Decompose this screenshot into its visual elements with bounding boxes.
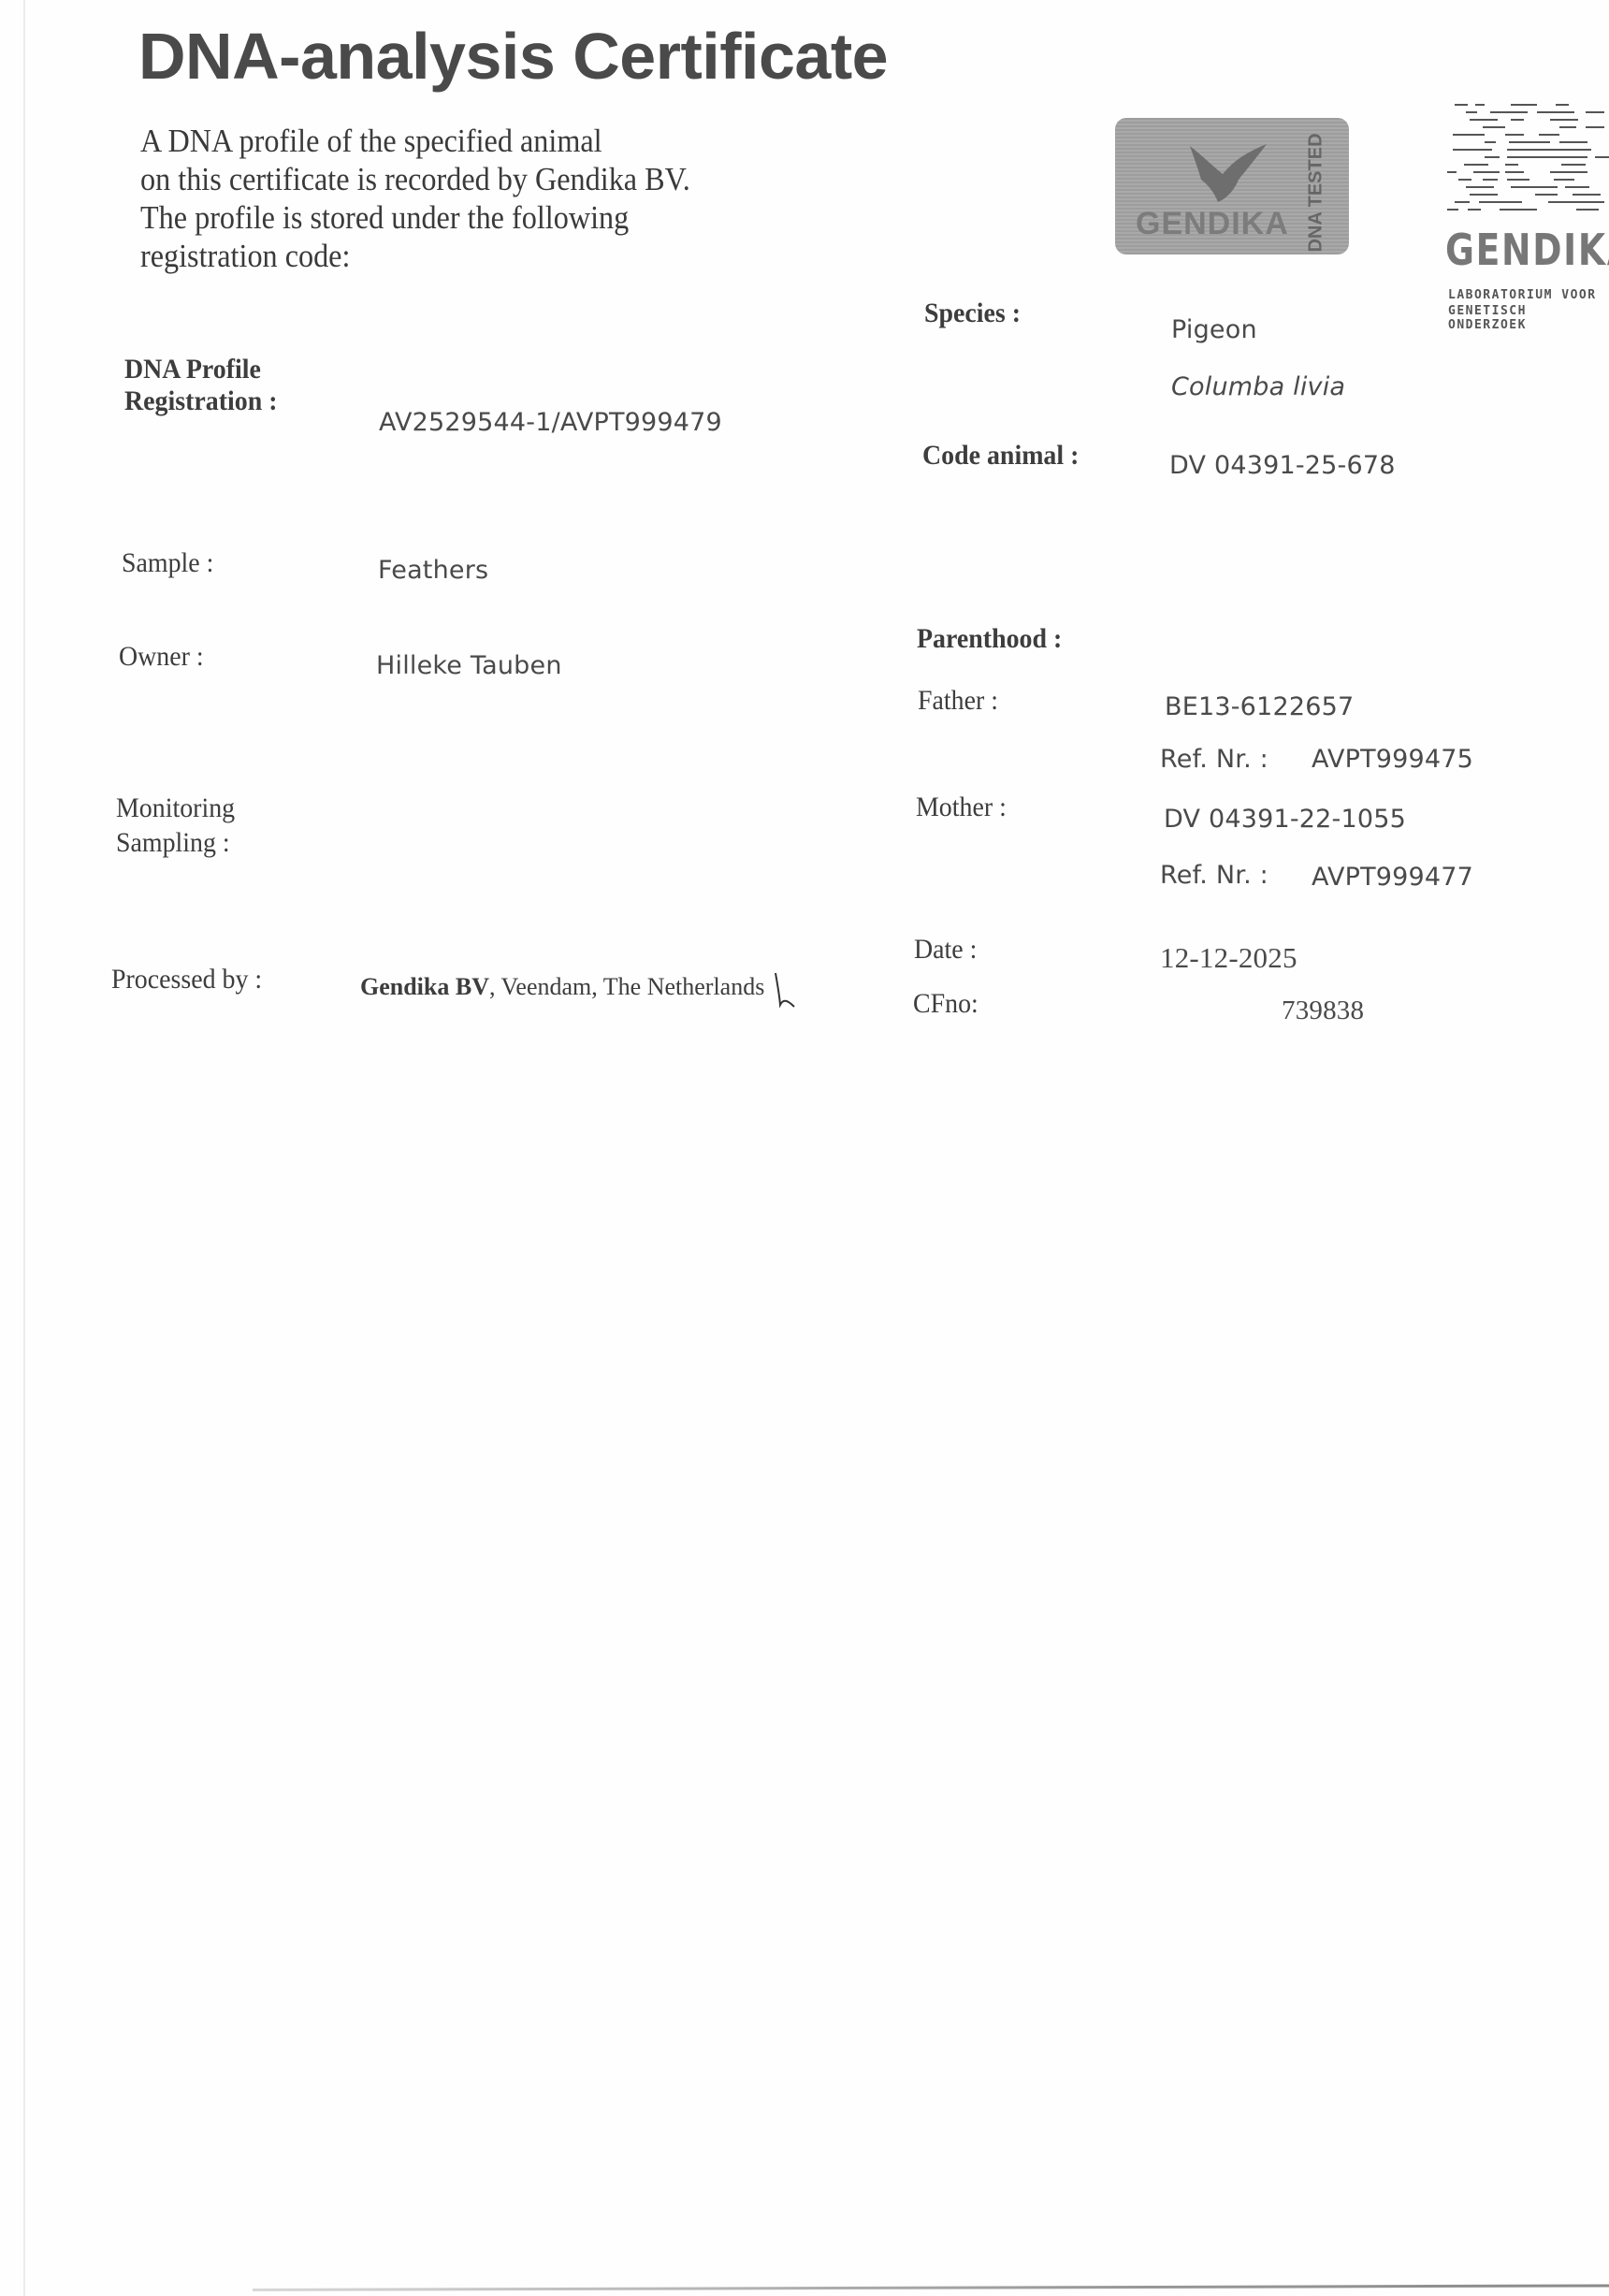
signature-mark [770,971,798,1010]
dna-barcode-icon [1445,98,1609,215]
father-value: BE13-6122657 [1165,692,1354,721]
monitoring-label: Monitoring Sampling : [116,791,235,860]
code-animal-label: Code animal : [922,440,1079,472]
species-label: Species : [924,298,1021,329]
intro-line: registration code: [140,237,743,275]
owner-label: Owner : [119,641,204,673]
mother-label: Mother : [916,792,1007,823]
processed-by-label: Processed by : [111,964,262,995]
stamp-badge: DNA TESTED [1302,137,1330,249]
scan-edge-bottom [253,2284,1609,2291]
date-label: Date : [914,934,977,966]
cfno-value: 739838 [1282,995,1364,1026]
registration-label: DNA Profile Registration : [124,354,277,417]
gendika-logo: GENDIKA LABORATORIUM VOOR GENETISCH ONDE… [1445,98,1609,332]
intro-line: on this certificate is recorded by Gendi… [140,160,743,198]
scan-edge-left [23,0,25,2296]
parenthood-label: Parenthood : [917,623,1062,655]
code-animal-value: DV 04391-25-678 [1169,451,1396,480]
owner-value: Hilleke Tauben [376,651,562,680]
stamp-brand: GENDIKA [1136,206,1289,242]
page-title: DNA-analysis Certificate [138,19,888,94]
father-ref-label: Ref. Nr. : [1160,745,1268,774]
sample-value: Feathers [378,556,488,585]
sample-label: Sample : [122,547,213,579]
dna-tested-stamp: GENDIKA DNA TESTED [1115,118,1349,254]
registration-value: AV2529544-1/AVPT999479 [379,408,722,437]
logo-subtitle: GENETISCH ONDERZOEK [1448,304,1609,332]
processed-by-value: Gendika BV, Veendam, The Netherlands [360,973,764,1001]
cfno-label: CFno: [913,988,978,1020]
father-label: Father : [918,685,998,717]
pigeon-icon [1181,138,1274,204]
mother-value: DV 04391-22-1055 [1164,805,1406,834]
father-ref-value: AVPT999475 [1312,745,1473,774]
species-common-name: Pigeon [1171,315,1257,344]
logo-subtitle: LABORATORIUM VOOR [1448,288,1597,302]
date-value: 12-12-2025 [1160,941,1297,975]
mother-ref-label: Ref. Nr. : [1160,861,1268,890]
intro-line: The profile is stored under the followin… [140,198,743,237]
mother-ref-value: AVPT999477 [1312,863,1473,892]
intro-text: A DNA profile of the specified animal on… [140,122,743,275]
species-latin-name: Columba livia [1171,372,1345,401]
logo-wordmark: GENDIKA [1445,225,1609,275]
intro-line: A DNA profile of the specified animal [140,122,743,160]
